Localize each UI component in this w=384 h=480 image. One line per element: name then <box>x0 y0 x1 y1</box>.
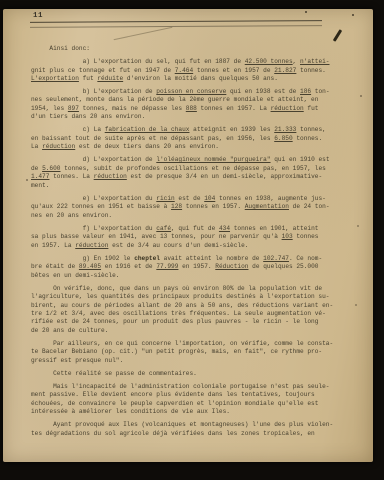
text-line: échouées, de convaincre le peuple capver… <box>31 400 346 408</box>
text-line: ment passive. Elle devient encore plus é… <box>31 391 346 399</box>
paragraph: b) L'exportation de poisson en conserve … <box>31 88 346 122</box>
ink-speck <box>26 179 28 181</box>
text-line: Cette réalité se passe de commentaires. <box>31 370 346 378</box>
ink-speck <box>355 304 357 306</box>
paragraph: g) En 1902 le cheptel avait atteint le n… <box>31 255 346 280</box>
ink-speck <box>360 95 362 97</box>
text-line: 1954, les 897 tonnes, mais ne dépasse le… <box>31 105 346 113</box>
text-line: c) La fabrication de la chaux atteignit … <box>31 126 346 134</box>
paragraph: Par ailleurs, en ce qui concerne l'impor… <box>31 340 346 365</box>
paragraph: e) L'exportation du ricin est de 104 ton… <box>31 195 346 220</box>
text-line: Par ailleurs, en ce qui concerne l'impor… <box>31 340 346 348</box>
text-line: e) L'exportation du ricin est de 104 ton… <box>31 195 346 203</box>
text-line: Mais l'incapacité de l'administration co… <box>31 383 346 391</box>
text-line: de 20 ans de culture. <box>31 327 346 335</box>
text-line: d) L'exportation de l'oléagineux nommée … <box>31 156 346 164</box>
text-line: rifiée est de 24 tonnes, pour un produit… <box>31 318 346 326</box>
text-line: La réduction est de deux tiers dans 20 a… <box>31 143 346 151</box>
paragraph: Ayant provoqué aux Iles (volcaniques et … <box>31 421 346 438</box>
text-line: d'un tiers dans 20 ans environ. <box>31 113 346 121</box>
paragraph: Ainsi donc: <box>31 45 346 53</box>
text-line: tre 1/2 et 3/4, avec des oscillations tr… <box>31 310 346 318</box>
paragraph: Cette réalité se passe de commentaires. <box>31 370 346 378</box>
text-line: tes dégradations du sol agricole déjà vé… <box>31 430 346 438</box>
paragraph: f) L'exportation du café, qui fut de 434… <box>31 225 346 250</box>
header-rule-bottom <box>30 25 322 28</box>
paragraph: c) La fabrication de la chaux atteignit … <box>31 126 346 151</box>
text-line: f) L'exportation du café, qui fut de 434… <box>31 225 346 233</box>
pencil-mark <box>114 27 173 40</box>
text-line: de 5.600 tonnes, subit de profondes osci… <box>31 165 346 173</box>
ink-speck <box>305 11 307 13</box>
text-line: a) L'exportation du sel, qui fut en 1887… <box>31 58 346 66</box>
header-rule-top <box>30 20 322 23</box>
document-body: Ainsi donc: a) L'exportation du sel, qui… <box>31 45 346 443</box>
ink-speck <box>352 14 354 16</box>
text-line: l'agriculture, les quantités des princip… <box>31 293 346 301</box>
text-line: bêtes en un demi-siècle. <box>31 272 346 280</box>
text-line: birent, au cours de périodes allant de 2… <box>31 302 346 310</box>
text-line: en 1957. La réduction est de 3/4 au cour… <box>31 242 346 250</box>
ink-stroke <box>333 29 342 42</box>
text-line: ment. <box>31 182 346 190</box>
text-line: gnit plus ce tonnage et fut en 1947 de 7… <box>31 67 346 75</box>
text-line: nes en 20 ans environ. <box>31 212 346 220</box>
ink-speck <box>357 225 359 227</box>
text-line: On vérifie, donc, que dans un pays où en… <box>31 285 346 293</box>
text-line: intéressée à améliorer les conditions de… <box>31 408 346 416</box>
text-line: 1.477 tonnes. La réduction est de presqu… <box>31 173 346 181</box>
paragraph: a) L'exportation du sel, qui fut en 1887… <box>31 58 346 83</box>
text-line: bre était de 89.405 en 1916 et de 77.999… <box>31 263 346 271</box>
text-line: sa plus basse valeur en 1941, avec 13 to… <box>31 233 346 241</box>
text-line: b) L'exportation de poisson en conserve … <box>31 88 346 96</box>
text-line: L'exportation fut réduite d'environ la m… <box>31 75 346 83</box>
text-line: g) En 1902 le cheptel avait atteint le n… <box>31 255 346 263</box>
text-line: qu'aux 222 tonnes en 1951 et baisse à 12… <box>31 203 346 211</box>
scanned-page: 11 Ainsi donc: a) L'exportation du sel, … <box>3 9 373 462</box>
text-line: te Bacelar Bebiano (op. cit.) "un petit … <box>31 348 346 356</box>
paragraph: On vérifie, donc, que dans un pays où en… <box>31 285 346 336</box>
text-line: en baissant tout de suite après et ne dé… <box>31 135 346 143</box>
text-line: Ayant provoqué aux Iles (volcaniques et … <box>31 421 346 429</box>
paragraph: Mais l'incapacité de l'administration co… <box>31 383 346 417</box>
page-number: 11 <box>33 12 43 20</box>
text-line: gressif est presque nul". <box>31 357 346 365</box>
text-line: Ainsi donc: <box>31 45 346 53</box>
paragraph: d) L'exportation de l'oléagineux nommée … <box>31 156 346 190</box>
text-line: nes seulement, monte dans la période de … <box>31 96 346 104</box>
